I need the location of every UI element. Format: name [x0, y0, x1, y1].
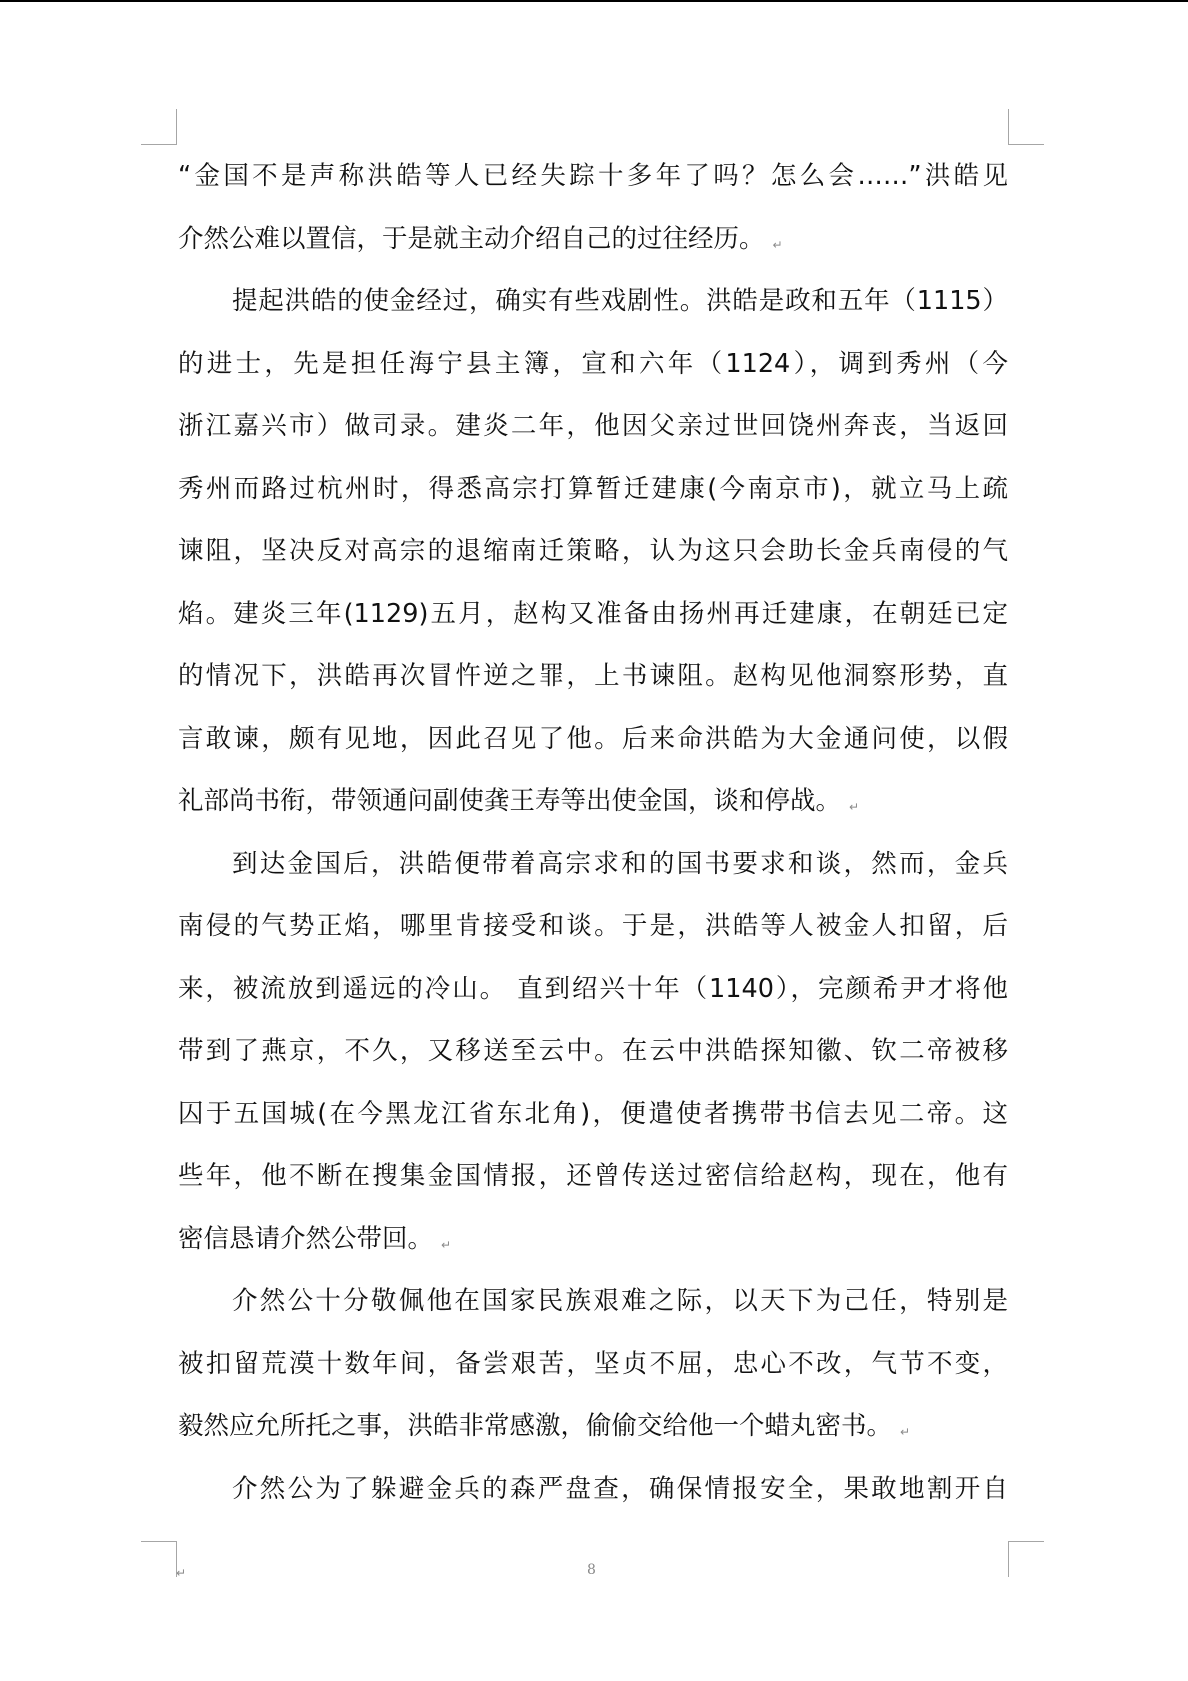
text-line: “金国不是声称洪皓等人已经失踪十多年了吗？怎么会……”洪皓见 — [178, 152, 1008, 215]
paragraph-mark-icon: ↵ — [441, 1221, 451, 1269]
text-line-content: 囚于五国城(在今黑龙江省东北角)，便遣使者携带书信去见二帝。这 — [178, 1099, 1008, 1129]
margin-corner-top-left — [141, 109, 177, 145]
text-line: 被扣留荒漠十数年间，备尝艰苦，坚贞不屈，忠心不改，气节不变， — [178, 1340, 1008, 1403]
text-line: 些年，他不断在搜集金国情报，还曾传送过密信给赵构，现在，他有 — [178, 1152, 1008, 1215]
text-line-content: 密信恳请介然公带回。 — [178, 1224, 433, 1254]
text-line: 到达金国后，洪皓便带着高宗求和的国书要求和谈，然而，金兵 — [178, 840, 1008, 903]
window-top-border — [0, 0, 1188, 2]
margin-corner-bottom-right — [1008, 1541, 1044, 1577]
paragraph-mark-icon: ↵ — [773, 221, 783, 269]
text-line: 带到了燕京，不久，又移送至云中。在云中洪皓探知徽、钦二帝被移 — [178, 1027, 1008, 1090]
text-line: 浙江嘉兴市）做司录。建炎二年，他因父亲过世回饶州奔丧，当返回 — [178, 402, 1008, 465]
text-line: 囚于五国城(在今黑龙江省东北角)，便遣使者携带书信去见二帝。这 — [178, 1090, 1008, 1153]
text-line: 焰。建炎三年(1129)五月，赵构又准备由扬州再迁建康，在朝廷已定 — [178, 590, 1008, 653]
text-line-content: 带到了燕京，不久，又移送至云中。在云中洪皓探知徽、钦二帝被移 — [178, 1036, 1008, 1066]
text-line-content: 的进士，先是担任海宁县主簿，宣和六年（1124），调到秀州（今 — [178, 349, 1008, 379]
text-line-content: 些年，他不断在搜集金国情报，还曾传送过密信给赵构，现在，他有 — [178, 1161, 1008, 1191]
text-line-content: 被扣留荒漠十数年间，备尝艰苦，坚贞不屈，忠心不改，气节不变， — [178, 1349, 1008, 1379]
text-line-content: 秀州而路过杭州时，得悉高宗打算暂迁建康(今南京市)，就立马上疏 — [178, 474, 1008, 504]
text-line: 介然公难以置信，于是就主动介绍自己的过往经历。↵ — [178, 215, 1008, 278]
page-number: 8 — [587, 1562, 596, 1578]
text-line-content: 言敢谏，颇有见地，因此召见了他。后来命洪皓为大金通问使，以假 — [178, 724, 1008, 754]
margin-corner-top-right — [1008, 109, 1044, 145]
text-line: 秀州而路过杭州时，得悉高宗打算暂迁建康(今南京市)，就立马上疏 — [178, 465, 1008, 528]
text-line: 介然公十分敬佩他在国家民族艰难之际，以天下为己任，特别是 — [178, 1277, 1008, 1340]
text-line-content: 来，被流放到遥远的冷山。 直到绍兴十年（1140），完颜希尹才将他 — [178, 974, 1008, 1004]
text-line-content: 介然公难以置信，于是就主动介绍自己的过往经历。 — [178, 224, 765, 254]
text-line-content: 浙江嘉兴市）做司录。建炎二年，他因父亲过世回饶州奔丧，当返回 — [178, 411, 1008, 441]
margin-corner-bottom-left — [141, 1541, 177, 1577]
text-line-content: 南侵的气势正焰，哪里肯接受和谈。于是，洪皓等人被金人扣留，后 — [178, 911, 1008, 941]
document-body[interactable]: “金国不是声称洪皓等人已经失踪十多年了吗？怎么会……”洪皓见介然公难以置信，于是… — [178, 152, 1008, 1527]
text-line-content: 礼部尚书衔，带领通问副使龚王寿等出使金国，谈和停战。 — [178, 786, 841, 816]
footer-paragraph-mark-icon: ↵ — [176, 1566, 186, 1580]
text-line-content: 介然公为了躲避金兵的森严盘查，确保情报安全，果敢地割开自 — [232, 1474, 1008, 1504]
text-line: 介然公为了躲避金兵的森严盘查，确保情报安全，果敢地割开自 — [178, 1465, 1008, 1528]
text-line-content: 到达金国后，洪皓便带着高宗求和的国书要求和谈，然而，金兵 — [232, 849, 1008, 879]
text-line-content: 谏阻，坚决反对高宗的退缩南迁策略，认为这只会助长金兵南侵的气 — [178, 536, 1008, 566]
text-line-content: 焰。建炎三年(1129)五月，赵构又准备由扬州再迁建康，在朝廷已定 — [178, 599, 1008, 629]
text-line-content: 提起洪皓的使金经过，确实有些戏剧性。洪皓是政和五年（1115） — [232, 286, 1008, 316]
text-line: 南侵的气势正焰，哪里肯接受和谈。于是，洪皓等人被金人扣留，后 — [178, 902, 1008, 965]
text-line: 的情况下，洪皓再次冒忤逆之罪，上书谏阻。赵构见他洞察形势，直 — [178, 652, 1008, 715]
text-line: 来，被流放到遥远的冷山。 直到绍兴十年（1140），完颜希尹才将他 — [178, 965, 1008, 1028]
text-line: 礼部尚书衔，带领通问副使龚王寿等出使金国，谈和停战。↵ — [178, 777, 1008, 840]
text-line: 密信恳请介然公带回。↵ — [178, 1215, 1008, 1278]
text-line-content: 毅然应允所托之事，洪皓非常感激，偷偷交给他一个蜡丸密书。 — [178, 1411, 892, 1441]
text-line: 的进士，先是担任海宁县主簿，宣和六年（1124），调到秀州（今 — [178, 340, 1008, 403]
text-line: 言敢谏，颇有见地，因此召见了他。后来命洪皓为大金通问使，以假 — [178, 715, 1008, 778]
text-line-content: “金国不是声称洪皓等人已经失踪十多年了吗？怎么会……”洪皓见 — [178, 161, 1008, 191]
text-line: 提起洪皓的使金经过，确实有些戏剧性。洪皓是政和五年（1115） — [178, 277, 1008, 340]
text-line: 毅然应允所托之事，洪皓非常感激，偷偷交给他一个蜡丸密书。↵ — [178, 1402, 1008, 1465]
text-line-content: 的情况下，洪皓再次冒忤逆之罪，上书谏阻。赵构见他洞察形势，直 — [178, 661, 1008, 691]
text-line-content: 介然公十分敬佩他在国家民族艰难之际，以天下为己任，特别是 — [232, 1286, 1008, 1316]
paragraph-mark-icon: ↵ — [900, 1408, 910, 1456]
paragraph-mark-icon: ↵ — [849, 783, 859, 831]
text-line: 谏阻，坚决反对高宗的退缩南迁策略，认为这只会助长金兵南侵的气 — [178, 527, 1008, 590]
